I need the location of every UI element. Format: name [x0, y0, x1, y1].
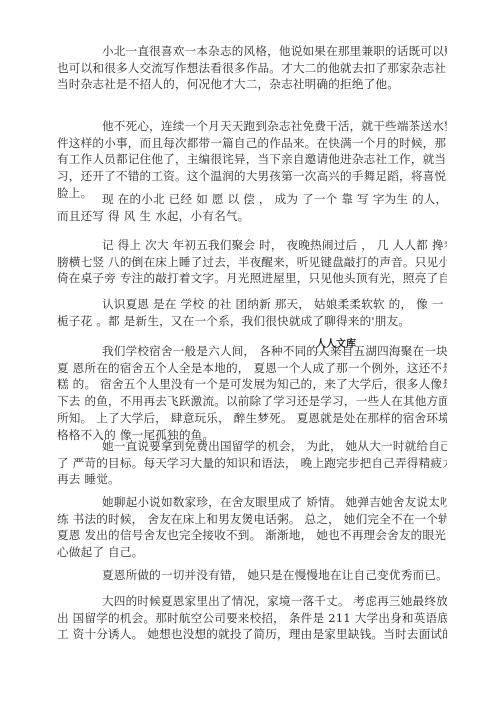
text-line: 大四的时候夏恩家里出了情况，家境一落千丈。 考虑再三她最终放弃了	[57, 593, 447, 610]
text-line: 习，还开了不错的工资。这个温润的大男孩第一次高兴的手舞足蹈，将喜悦露在了	[57, 168, 447, 185]
paragraph: 大四的时候夏恩家里出了情况，家境一落千丈。 考虑再三她最终放弃了出 国留学的机会…	[57, 593, 447, 643]
text-line: 练 书法的时候， 舍友在床上和男友煲电话粥。 总之， 她们完全不在一个轨道上，	[57, 511, 447, 528]
text-line: 件这样的小事，而且每次都带一篇自己的作品来。在快满一个月的时候，那里的所	[57, 135, 447, 152]
text-line: 心做起了 自己。	[57, 544, 447, 561]
text-line: 下去 的鱼，不用再去飞跃激流。以前除了学习还是学习，一些人在其他方面一无	[57, 393, 447, 410]
text-line: 所知。 上了大学后， 肆意玩乐， 醉生梦死。 夏恩就是处在那样的宿舍环境里，	[57, 410, 447, 427]
paragraph: 她聊起小说如数家珍，在舍友眼里成了 矫情。 她弹吉她舍友说太吵， 她练 书法的时…	[57, 494, 447, 561]
paragraph: 记 得上 次大 年初五我们聚会 时， 夜晚热闹过后 ， 几 人人都 搀着肩膀横七…	[57, 237, 447, 287]
paragraph: 他不死心，连续一个月天天跑到杂志社免费干活，就干些端茶送水整理文件这样的小事，而…	[57, 118, 447, 202]
paragraph: 认识夏恩 是在 学校 的社 团纳新 那天， 姑娘柔柔软软 的， 像 一 朵栀子花…	[57, 296, 447, 329]
text-line: 记 得上 次大 年初五我们聚会 时， 夜晚热闹过后 ， 几 人人都 搀着肩	[57, 237, 447, 254]
paragraph: 她一直说要拿到免费出国留学的机会， 为此， 她从大一时就给自己定下了 严苛的目标…	[57, 438, 447, 488]
text-line: 倚在桌子旁 专注的敲打着文字。月光照进屋里，只见他头顶有光，照亮了自己。	[57, 270, 447, 287]
text-line: 他不死心，连续一个月天天跑到杂志社免费干活，就干些端茶送水整理文	[57, 118, 447, 135]
text-line: 她聊起小说如数家珍，在舍友眼里成了 矫情。 她弹吉她舍友说太吵， 她	[57, 494, 447, 511]
watermark-logo: 人人文库 www.renrendoc.com	[316, 340, 356, 354]
text-line: 有工作人员都记住他了，主编很诧异，当下亲自邀请他进杂志社工作，就当是实	[57, 151, 447, 168]
text-line: 出 国留学的机会。那时航空公司要来校招， 条件是 211 大学出身和英语底子过硬…	[57, 610, 447, 627]
text-line: 夏恩 发出的信号舍友也完全接收不到。 渐渐地， 她也不再理会舍友的眼光， 安	[57, 527, 447, 544]
text-line: 小北一直很喜欢一本杂志的风格，他说如果在那里兼职的话既可以赚到钱	[57, 43, 447, 60]
paragraph: 现 在的小北 已经 如 愿 以 偿 ， 成为 了一个 靠 写 字为生 的人，而且…	[57, 191, 447, 224]
text-line: 也可以和很多人交流写作想法看很多作品。才大二的他就去扣了那家杂志社的门，	[57, 60, 447, 77]
text-line: 而且还写 得 风 生 水起，小有名气。	[57, 208, 447, 225]
watermark-subtitle: www.renrendoc.com	[316, 350, 356, 354]
text-line: 夏恩所做的一切并没有错， 她只是在慢慢地在让自己变优秀而已。	[57, 567, 447, 584]
paragraph: 小北一直很喜欢一本杂志的风格，他说如果在那里兼职的话既可以赚到钱也可以和很多人交…	[57, 43, 447, 93]
text-line: 了 严苛的目标。每天学习大量的知识和语法， 晚上跑完步把自己弄得精疲力尽的	[57, 455, 447, 472]
text-line: 认识夏恩 是在 学校 的社 团纳新 那天， 姑娘柔柔软软 的， 像 一 朵	[57, 296, 447, 313]
text-line: 再去 睡觉。	[57, 471, 447, 488]
text-line: 工 资十分诱人。 她想也没想的就投了简历，理由是家里缺钱。当时去面试的人黑	[57, 626, 447, 643]
paragraph: 我们学校宿舍一般是六人间， 各种不同的人来自五湖四海聚在一块。偏偏夏 恩所在的宿…	[57, 343, 447, 443]
paragraph: 夏恩所做的一切并没有错， 她只是在慢慢地在让自己变优秀而已。	[57, 567, 447, 584]
text-line: 我们学校宿舍一般是六人间， 各种不同的人来自五湖四海聚在一块。偏偏	[57, 343, 447, 360]
text-line: 现 在的小北 已经 如 愿 以 偿 ， 成为 了一个 靠 写 字为生 的人，	[57, 191, 447, 208]
watermark-title: 人人文库	[316, 339, 356, 350]
text-line: 夏 恩所在的宿舍五个人全是本地的， 夏恩一个人成了那一个例外，这还不是最糟	[57, 360, 447, 377]
text-line: 糕 的。 宿舍五个人里没有一个是可发展为知己的，来了大学后，很多人像是瘪了	[57, 376, 447, 393]
text-line: 她一直说要拿到免费出国留学的机会， 为此， 她从大一时就给自己定下	[57, 438, 447, 455]
text-line: 当时杂志社是不招人的，何况他才大二，杂志社明确的拒绝了他。	[57, 76, 447, 93]
text-line: 膀横七竖 八的倒在床上睡了过去，半夜醒来，听见键盘敲打的声音。只见小北正	[57, 254, 447, 271]
text-line: 栀子花 。都 是新生，又在一个系，我们很快就成了聊得来的'朋友。	[57, 313, 447, 330]
